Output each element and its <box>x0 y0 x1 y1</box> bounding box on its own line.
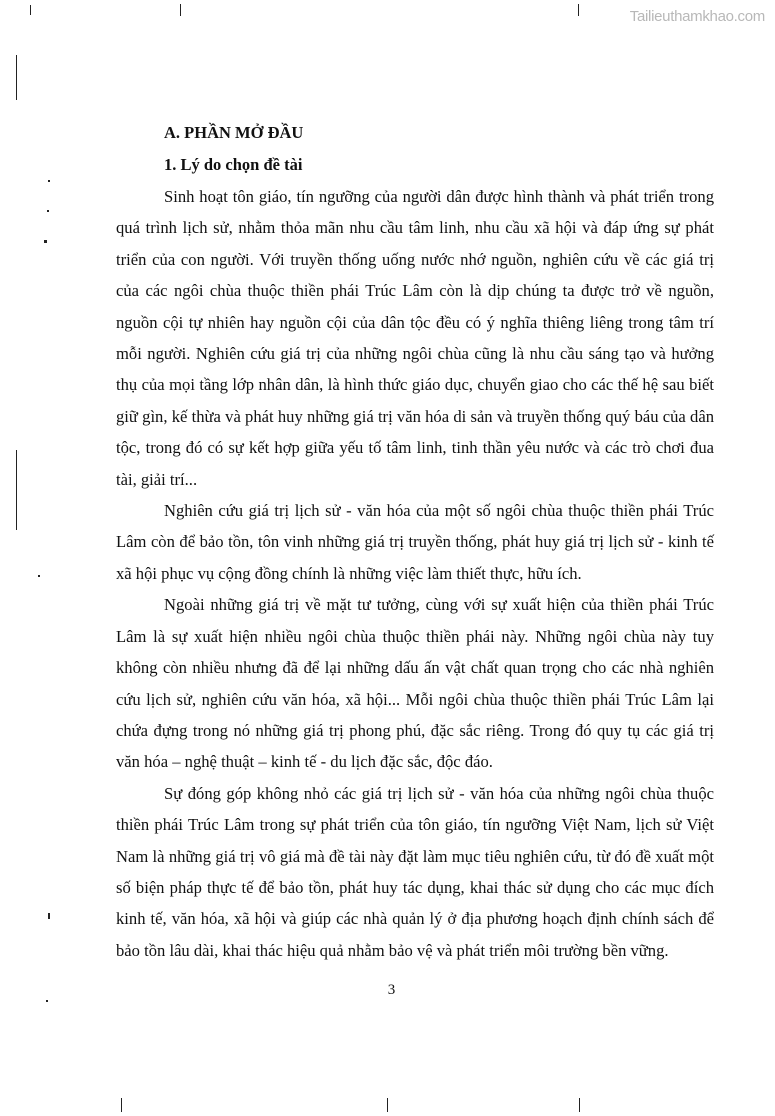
document-page: A. PHẦN MỞ ĐẦU 1. Lý do chọn đề tài Sinh… <box>116 117 714 966</box>
scan-edge-line <box>121 1098 122 1112</box>
paragraph: Nghiên cứu giá trị lịch sử - văn hóa của… <box>116 495 714 589</box>
section-title: A. PHẦN MỞ ĐẦU <box>116 117 714 149</box>
scan-edge-line <box>16 450 17 530</box>
scan-dot <box>47 210 49 212</box>
paragraph: Sinh hoạt tôn giáo, tín ngưỡng của người… <box>116 181 714 495</box>
scan-edge-line <box>387 1098 388 1112</box>
scan-dot <box>44 240 47 243</box>
scan-dot <box>46 1000 48 1002</box>
scan-edge-line <box>16 55 17 100</box>
scan-edge-line <box>579 1098 580 1112</box>
scan-dot <box>48 913 50 919</box>
scan-edge-line <box>30 5 31 15</box>
subsection-title: 1. Lý do chọn đề tài <box>116 149 714 181</box>
scan-dot <box>48 180 50 182</box>
page-number: 3 <box>4 982 775 999</box>
paragraph: Ngoài những giá trị về mặt tư tưởng, cùn… <box>116 589 714 777</box>
scan-edge-line <box>578 4 579 16</box>
scan-dot <box>38 575 40 577</box>
paragraph: Sự đóng góp không nhỏ các giá trị lịch s… <box>116 778 714 966</box>
watermark-text: Tailieuthamkhao.com <box>630 8 765 25</box>
scan-edge-line <box>180 4 181 16</box>
